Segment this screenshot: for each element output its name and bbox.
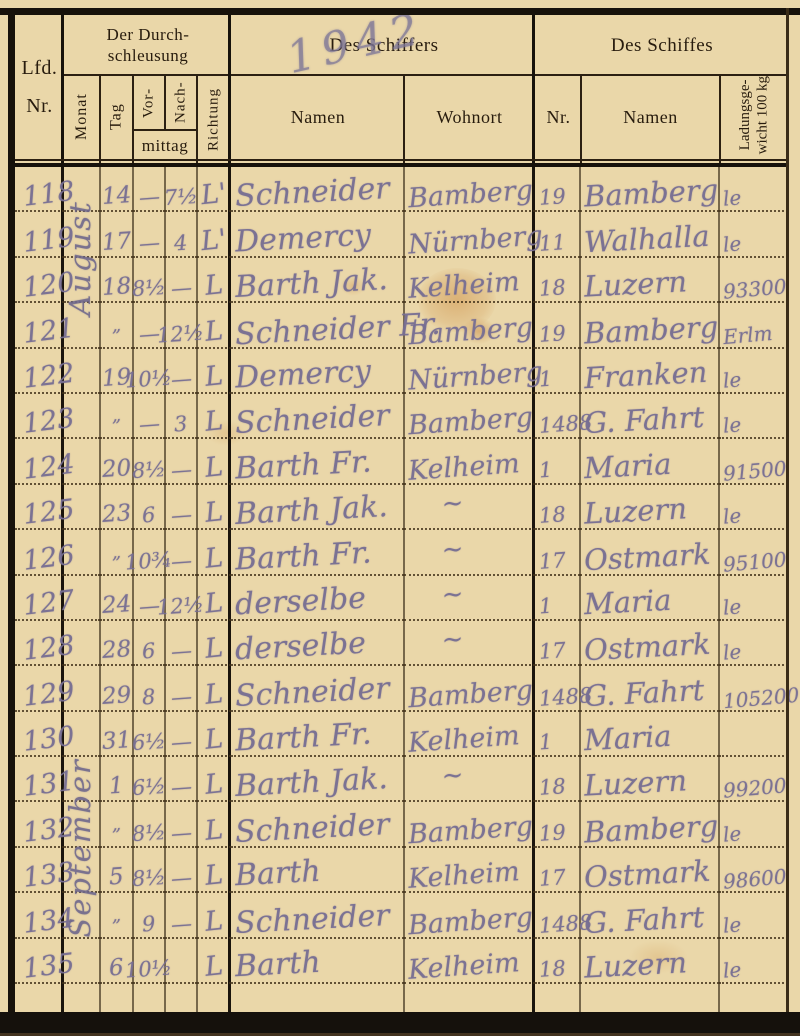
cell-vormittag: 8½: [133, 439, 165, 484]
header-tag: Tag: [100, 75, 133, 159]
cell-vormittag: 6: [133, 621, 165, 666]
cell-vormittag: 8½: [133, 258, 165, 303]
header-divider: [580, 75, 582, 167]
cell-schiff_nr: 11: [535, 212, 580, 257]
border-right: [786, 8, 789, 1016]
cell-wohnort: Kelheim: [404, 712, 535, 757]
cell-ladung: 105200: [719, 666, 788, 711]
header-nachmittag: Nach-: [165, 75, 197, 130]
cell-lfd: 129: [15, 666, 64, 711]
handwriting-richtung: L: [204, 544, 225, 573]
header-ladung-line1: Ladungsge-: [737, 76, 754, 154]
cell-nachmittag: 3: [165, 394, 197, 439]
handwriting-richtung: L: [204, 407, 225, 436]
handwriting-schiff_name: Bamberg: [583, 312, 719, 348]
header-ladung-line2: wicht 100 kg: [754, 76, 771, 154]
handwriting-schiff_name: Luzern: [583, 767, 687, 801]
cell-empty: [133, 984, 165, 1014]
cell-vormittag: 10½: [133, 939, 165, 984]
cell-schiff_nr: 1: [535, 712, 580, 757]
handwriting-vormittag: 6½: [131, 776, 166, 799]
handwriting-ladung: le: [722, 188, 742, 210]
cell-schiffer_name: Demercy: [231, 212, 404, 257]
handwriting-schiff_nr: 18: [538, 277, 566, 300]
cell-schiff_nr: 1: [535, 349, 580, 394]
cell-schiff_nr: 17: [535, 848, 580, 893]
cell-tag: 20: [100, 439, 133, 484]
cell-schiff_nr: 18: [535, 939, 580, 984]
handwriting-richtung: L: [204, 362, 225, 391]
handwriting-nachmittag: —: [170, 504, 192, 526]
cell-schiff_name: Bamberg: [580, 303, 719, 348]
handwriting-ladung: 98600: [722, 867, 787, 892]
cell-schiffer_name: Schneider: [231, 893, 404, 938]
handwriting-richtung: L: [204, 861, 225, 890]
handwriting-nachmittag: —: [170, 913, 192, 935]
handwriting-richtung: L: [204, 907, 225, 936]
cell-monat: [64, 258, 100, 303]
cell-empty: [100, 984, 133, 1014]
cell-vormittag: 6: [133, 485, 165, 530]
handwriting-schiff_name: Ostmark: [583, 857, 711, 893]
handwriting-schiff_name: Walhalla: [583, 222, 710, 258]
handwriting-nachmittag: —: [170, 368, 192, 390]
cell-nachmittag: —: [165, 712, 197, 757]
cell-ladung: 91500: [719, 439, 788, 484]
handwriting-ladung: le: [722, 642, 742, 664]
handwriting-schiffer_name: Schneider: [234, 901, 390, 939]
handwriting-tag: 24: [101, 593, 132, 618]
cell-richtung: L: [197, 712, 231, 757]
cell-lfd: 121: [15, 303, 64, 348]
cell-schiffer_name: Barth Fr.: [231, 439, 404, 484]
cell-richtung: L: [197, 530, 231, 575]
handwriting-ladung: le: [722, 505, 742, 527]
cell-schiff_name: Bamberg: [580, 802, 719, 847]
cell-monat: [64, 802, 100, 847]
cell-richtung: L: [197, 303, 231, 348]
handwriting-schiff_name: Maria: [583, 449, 672, 483]
cell-tag: 1: [100, 757, 133, 802]
cell-richtung: L: [197, 576, 231, 621]
handwriting-schiff_name: Luzern: [583, 948, 687, 982]
cell-lfd: 134: [15, 893, 64, 938]
cell-ladung: 93300: [719, 258, 788, 303]
cell-lfd: 122: [15, 349, 64, 394]
cell-monat: [64, 757, 100, 802]
cell-lfd: 132: [15, 802, 64, 847]
cell-lfd: 124: [15, 439, 64, 484]
cell-wohnort: Nürnberg: [404, 349, 535, 394]
cell-ladung: le: [719, 394, 788, 439]
cell-schiff_name: Ostmark: [580, 530, 719, 575]
handwriting-richtung: L: [204, 680, 225, 709]
handwriting-tag: 20: [101, 457, 132, 482]
handwriting-schiff_name: Maria: [583, 586, 672, 620]
handwriting-wohnort: ~: [407, 536, 465, 574]
handwriting-wohnort: Bamberg: [407, 903, 534, 939]
handwriting-tag: 29: [101, 684, 132, 709]
cell-schiffer_name: Schneider: [231, 802, 404, 847]
header-lfd-line1: Lfd.: [22, 49, 58, 87]
cell-monat: [64, 167, 100, 212]
cell-vormittag: —: [133, 167, 165, 212]
handwriting-ladung: le: [722, 914, 742, 936]
handwriting-schiff_nr: 18: [538, 958, 566, 981]
cell-schiff_name: Luzern: [580, 757, 719, 802]
handwriting-schiff_name: Ostmark: [583, 630, 711, 666]
cell-wohnort: Kelheim: [404, 848, 535, 893]
header-lfd-nr: Lfd. Nr.: [15, 15, 64, 159]
handwriting-wohnort: Kelheim: [407, 450, 520, 485]
header-mittag: mittag: [133, 130, 197, 162]
cell-wohnort: Kelheim: [404, 939, 535, 984]
cell-lfd: 119: [15, 212, 64, 257]
cell-lfd: 118: [15, 167, 64, 212]
cell-monat: [64, 576, 100, 621]
handwriting-schiff_name: G. Fahrt: [583, 403, 705, 438]
handwriting-nachmittag: —: [170, 550, 192, 572]
header-divider: [719, 75, 721, 167]
cell-schiffer_name: Barth Fr.: [231, 712, 404, 757]
handwriting-tag: 28: [101, 638, 132, 663]
handwriting-schiffer_name: derselbe: [234, 629, 366, 666]
handwriting-schiffer_name: Demercy: [234, 220, 371, 257]
cell-tag: 31: [100, 712, 133, 757]
register-page: Lfd. Nr. Der Durch- schleusung Monat Tag…: [0, 0, 800, 1036]
handwriting-schiff_nr: 19: [538, 186, 566, 209]
cell-nachmittag: —: [165, 757, 197, 802]
handwriting-nachmittag: —: [170, 641, 192, 663]
handwriting-ladung: Erlm: [722, 322, 773, 346]
cell-schiff_nr: 18: [535, 258, 580, 303]
handwriting-tag: 18: [101, 275, 132, 300]
cell-empty: [15, 984, 64, 1014]
cell-lfd: 126: [15, 530, 64, 575]
cell-nachmittag: —: [165, 666, 197, 711]
header-divider: [164, 75, 166, 130]
handwriting-wohnort: Kelheim: [407, 268, 520, 303]
cell-monat: [64, 712, 100, 757]
cell-schiff_nr: 19: [535, 303, 580, 348]
header-divider: [132, 75, 134, 167]
handwriting-nachmittag: —: [170, 822, 192, 844]
header-durchschleusung-line2: schleusung: [107, 45, 190, 66]
border-left: [8, 8, 15, 1016]
handwriting-tag: 17: [101, 230, 132, 255]
cell-nachmittag: 4: [165, 212, 197, 257]
cell-nachmittag: [165, 939, 197, 984]
cell-empty: [197, 984, 231, 1014]
handwriting-ladung: 91500: [722, 458, 787, 483]
handwriting-richtung: L: [204, 317, 225, 346]
handwriting-wohnort: Nürnberg: [407, 358, 543, 394]
cell-vormittag: 8½: [133, 802, 165, 847]
handwriting-schiffer_name: Barth Jak.: [234, 492, 388, 530]
cell-monat: [64, 212, 100, 257]
handwriting-vormittag: —: [138, 414, 160, 436]
header-divider: [403, 75, 405, 167]
cell-nachmittag: 7½: [165, 167, 197, 212]
handwriting-wohnort: Bamberg: [407, 676, 534, 712]
cell-vormittag: —: [133, 394, 165, 439]
cell-nachmittag: —: [165, 258, 197, 303]
cell-schiff_name: Maria: [580, 439, 719, 484]
cell-richtung: L: [197, 349, 231, 394]
cell-wohnort: Kelheim: [404, 258, 535, 303]
cell-lfd: 135: [15, 939, 64, 984]
cell-schiff_name: G. Fahrt: [580, 893, 719, 938]
handwriting-tag: „: [111, 816, 122, 845]
handwriting-schiff_nr: 18: [538, 504, 566, 527]
cell-schiffer_name: Schneider: [231, 167, 404, 212]
handwriting-ladung: le: [722, 596, 742, 618]
handwriting-wohnort: ~: [407, 490, 465, 528]
handwriting-nachmittag: 4: [174, 232, 189, 254]
cell-monat: [64, 349, 100, 394]
cell-ladung: 99200: [719, 757, 788, 802]
handwriting-schiffer_name: Schneider: [234, 174, 390, 212]
cell-schiff_name: Maria: [580, 712, 719, 757]
handwriting-schiffer_name: Demercy: [234, 356, 371, 393]
cell-ladung: le: [719, 212, 788, 257]
cell-vormittag: 9: [133, 893, 165, 938]
cell-schiff_nr: 18: [535, 485, 580, 530]
bottom-black-band: [0, 1012, 800, 1033]
cell-richtung: L: [197, 439, 231, 484]
cell-nachmittag: —: [165, 439, 197, 484]
handwriting-richtung: L: [204, 771, 225, 800]
cell-schiff_name: G. Fahrt: [580, 394, 719, 439]
cell-nachmittag: —: [165, 621, 197, 666]
cell-wohnort: Bamberg: [404, 394, 535, 439]
cell-ladung: 95100: [719, 530, 788, 575]
cell-schiff_name: Ostmark: [580, 848, 719, 893]
cell-vormittag: 6½: [133, 757, 165, 802]
handwriting-vormittag: 6: [142, 641, 157, 663]
handwriting-wohnort: Bamberg: [407, 813, 534, 849]
cell-ladung: le: [719, 802, 788, 847]
cell-monat: [64, 939, 100, 984]
cell-richtung: L: [197, 802, 231, 847]
header-monat: Monat: [64, 75, 100, 159]
handwriting-schiffer_name: Barth Fr.: [234, 720, 372, 757]
cell-wohnort: ~: [404, 621, 535, 666]
handwriting-schiff_name: G. Fahrt: [583, 903, 705, 938]
cell-lfd: 131: [15, 757, 64, 802]
cell-tag: 18: [100, 258, 133, 303]
cell-schiff_nr: 19: [535, 802, 580, 847]
cell-schiff_nr: 19: [535, 167, 580, 212]
handwriting-schiff_nr: 1: [538, 459, 553, 481]
cell-schiff_nr: 1488: [535, 394, 580, 439]
cell-lfd: 127: [15, 576, 64, 621]
cell-schiffer_name: Barth Jak.: [231, 485, 404, 530]
handwriting-wohnort: Kelheim: [407, 722, 520, 757]
cell-richtung: L: [197, 757, 231, 802]
handwriting-tag: 23: [101, 502, 132, 527]
cell-monat: [64, 394, 100, 439]
handwriting-richtung: L: [204, 816, 225, 845]
cell-ladung: le: [719, 576, 788, 621]
handwriting-schiffer_name: Barth Jak.: [234, 764, 388, 802]
cell-ladung: 98600: [719, 848, 788, 893]
cell-empty: [535, 984, 580, 1014]
cell-ladung: le: [719, 349, 788, 394]
cell-vormittag: 8: [133, 666, 165, 711]
handwriting-ladung: 95100: [722, 549, 787, 574]
cell-lfd: 133: [15, 848, 64, 893]
header-durchschleusung-line1: Der Durch-: [107, 24, 190, 45]
handwriting-schiff_nr: 11: [538, 232, 566, 255]
header-rule: [64, 74, 788, 76]
handwriting-nachmittag: —: [170, 777, 192, 799]
handwriting-wohnort: Bamberg: [407, 177, 534, 213]
handwriting-richtung: L: [204, 271, 225, 300]
cell-richtung: L: [197, 485, 231, 530]
cell-wohnort: ~: [404, 576, 535, 621]
cell-tag: „: [100, 893, 133, 938]
cell-schiffer_name: Schneider: [231, 666, 404, 711]
border-top: [0, 8, 800, 15]
handwriting-schiff_name: Luzern: [583, 267, 687, 301]
handwriting-schiff_nr: 19: [538, 822, 566, 845]
header-divider: [196, 75, 198, 167]
cell-schiff_nr: 1: [535, 576, 580, 621]
cell-wohnort: Bamberg: [404, 893, 535, 938]
cell-schiffer_name: Barth Fr.: [231, 530, 404, 575]
cell-schiffer_name: derselbe: [231, 621, 404, 666]
handwriting-tag: „: [111, 316, 122, 345]
handwriting-vormittag: 8½: [131, 822, 166, 845]
handwriting-vormittag: 8½: [131, 459, 166, 482]
cell-schiff_name: Luzern: [580, 258, 719, 303]
cell-schiff_name: Bamberg: [580, 167, 719, 212]
handwriting-richtung: L': [200, 180, 228, 210]
cell-schiff_name: Luzern: [580, 485, 719, 530]
cell-vormittag: 10¾: [133, 530, 165, 575]
cell-richtung: L: [197, 258, 231, 303]
header-vormittag: Vor-: [133, 75, 165, 130]
handwriting-wohnort: Kelheim: [407, 949, 520, 984]
handwriting-schiffer_name: Barth Fr.: [234, 538, 372, 575]
cell-empty: [404, 984, 535, 1014]
cell-tag: 24: [100, 576, 133, 621]
header-divider: [99, 75, 101, 167]
cell-lfd: 120: [15, 258, 64, 303]
handwriting-tag: 14: [101, 184, 132, 209]
cell-empty: [165, 984, 197, 1014]
handwriting-schiffer_name: Barth: [234, 948, 321, 982]
cell-tag: „: [100, 394, 133, 439]
cell-schiff_name: Luzern: [580, 939, 719, 984]
handwriting-ladung: le: [722, 823, 742, 845]
cell-schiff_nr: 17: [535, 621, 580, 666]
cell-schiffer_name: Barth: [231, 848, 404, 893]
cell-empty: [719, 984, 788, 1014]
cell-lfd: 125: [15, 485, 64, 530]
cell-richtung: L: [197, 893, 231, 938]
handwriting-richtung: L: [204, 589, 225, 618]
handwriting-schiffer_name: Barth: [234, 857, 321, 891]
cell-richtung: L: [197, 621, 231, 666]
cell-schiff_name: Walhalla: [580, 212, 719, 257]
handwriting-schiff_nr: 17: [538, 867, 566, 890]
handwriting-nachmittag: 7½: [163, 186, 198, 209]
cell-vormittag: 6½: [133, 712, 165, 757]
header-ladungsgewicht: Ladungsge- wicht 100 kg: [720, 63, 788, 167]
cell-schiff_name: Maria: [580, 576, 719, 621]
cell-monat: [64, 893, 100, 938]
cell-tag: 14: [100, 167, 133, 212]
cell-wohnort: Kelheim: [404, 439, 535, 484]
cell-nachmittag: —: [165, 530, 197, 575]
cell-ladung: le: [719, 167, 788, 212]
handwriting-richtung: L: [204, 634, 225, 663]
handwriting-nachmittag: —: [170, 459, 192, 481]
cell-empty: [64, 984, 100, 1014]
cell-wohnort: ~: [404, 485, 535, 530]
handwriting-schiff_name: G. Fahrt: [583, 676, 705, 711]
handwriting-schiffer_name: Schneider: [234, 810, 390, 848]
cell-monat: [64, 621, 100, 666]
handwriting-tag: 5: [108, 866, 124, 890]
cell-lfd: 130: [15, 712, 64, 757]
handwriting-wohnort: ~: [407, 581, 465, 619]
cell-wohnort: Bamberg: [404, 666, 535, 711]
handwriting-schiffer_name: Schneider: [234, 401, 390, 439]
handwriting-vormittag: 8: [142, 686, 157, 708]
cell-ladung: le: [719, 893, 788, 938]
handwriting-schiff_nr: 1: [538, 595, 553, 617]
handwriting-schiff_name: Franken: [583, 358, 708, 393]
handwriting-richtung: L: [204, 952, 225, 981]
cell-richtung: L': [197, 212, 231, 257]
cell-wohnort: Bamberg: [404, 802, 535, 847]
handwriting-schiff_nr: 17: [538, 640, 566, 663]
cell-ladung: le: [719, 621, 788, 666]
handwriting-schiff_nr: 19: [538, 323, 566, 346]
cell-richtung: L: [197, 848, 231, 893]
cell-lfd: 123: [15, 394, 64, 439]
cell-ladung: Erlm: [719, 303, 788, 348]
handwriting-ladung: le: [722, 369, 742, 391]
cell-empty: [580, 984, 719, 1014]
cell-vormittag: —: [133, 212, 165, 257]
cell-richtung: L: [197, 666, 231, 711]
header-group-schiffes: Des Schiffes: [536, 29, 788, 63]
handwriting-nachmittag: 3: [174, 414, 189, 436]
handwriting-vormittag: 9: [142, 913, 157, 935]
header-schiffer-namen: Namen: [232, 75, 404, 159]
header-divider: [228, 15, 231, 167]
handwriting-ladung: 99200: [722, 776, 787, 801]
handwriting-richtung: L: [204, 498, 225, 527]
handwriting-schiff_name: Bamberg: [583, 176, 719, 212]
handwriting-schiff_name: Luzern: [583, 494, 687, 528]
cell-wohnort: Nürnberg: [404, 212, 535, 257]
handwriting-nachmittag: —: [170, 277, 192, 299]
cell-tag: 17: [100, 212, 133, 257]
handwriting-wohnort: ~: [407, 626, 465, 664]
cell-monat: [64, 666, 100, 711]
header-schiffer-wohnort: Wohnort: [404, 75, 535, 159]
cell-tag: 23: [100, 485, 133, 530]
handwriting-richtung: L: [204, 453, 225, 482]
cell-schiff_name: Ostmark: [580, 621, 719, 666]
handwriting-schiffer_name: Schneider: [234, 674, 390, 712]
handwriting-schiff_name: Ostmark: [583, 539, 711, 575]
